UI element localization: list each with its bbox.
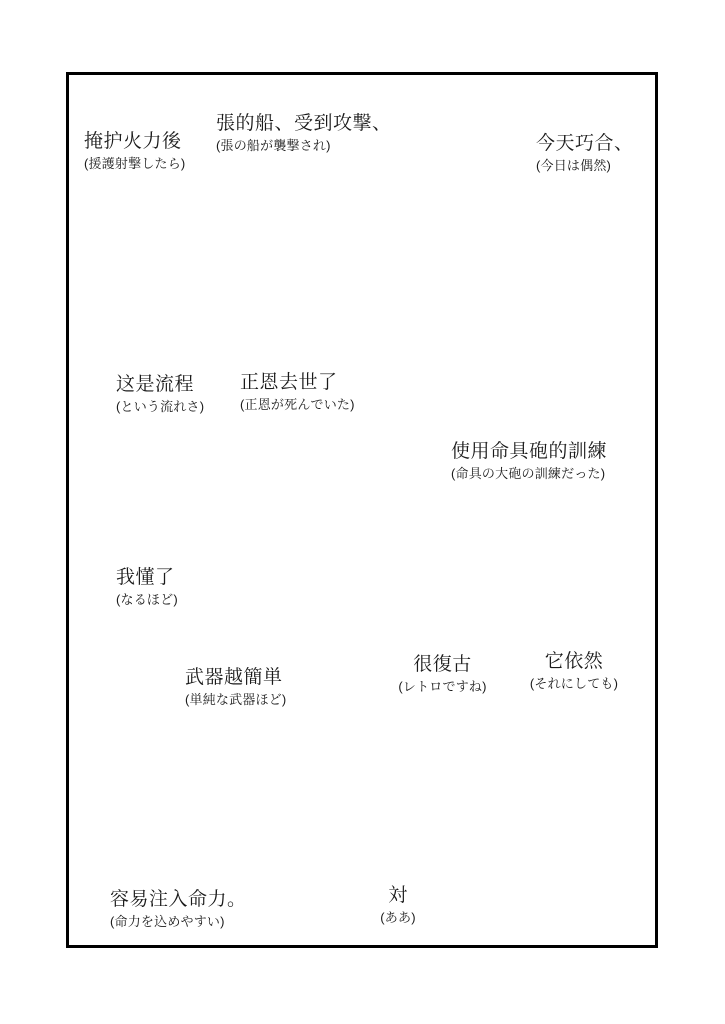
dialogue-main-text: 武器越簡単 <box>185 666 286 689</box>
dialogue-cue: 張的船、受到攻撃、 (張の船が襲撃され) <box>216 112 392 154</box>
dialogue-translation-text: (という流れさ) <box>116 399 204 415</box>
dialogue-main-text: 掩护火力後 <box>84 130 185 153</box>
script-page: 掩护火力後 (援護射撃したら) 張的船、受到攻撃、 (張の船が襲撃され) 今天巧… <box>0 0 725 1024</box>
dialogue-cue: 它依然 (それにしても) <box>527 650 621 692</box>
dialogue-cue: 很復古 (レトロですね) <box>395 653 490 695</box>
dialogue-main-text: 使用命具砲的訓練 <box>451 440 607 463</box>
dialogue-main-text: 我懂了 <box>116 566 178 589</box>
dialogue-main-text: 容易注入命力。 <box>110 888 247 911</box>
dialogue-translation-text: (ああ) <box>380 910 415 926</box>
dialogue-main-text: 很復古 <box>413 653 472 676</box>
dialogue-cue: 掩护火力後 (援護射撃したら) <box>84 130 185 172</box>
dialogue-cue: 容易注入命力。 (命力を込めやすい) <box>110 888 247 930</box>
dialogue-main-text: 対 <box>388 884 408 907</box>
dialogue-cue: 今天巧合、 (今日は偶然) <box>536 132 634 174</box>
dialogue-translation-text: (なるほど) <box>116 592 178 608</box>
dialogue-translation-text: (今日は偶然) <box>536 158 634 174</box>
dialogue-main-text: 它依然 <box>545 650 604 673</box>
panel-border <box>66 72 658 948</box>
dialogue-cue: 武器越簡単 (単純な武器ほど) <box>185 666 286 708</box>
dialogue-cue: 正恩去世了 (正恩が死んでいた) <box>240 371 355 413</box>
dialogue-cue: 我懂了 (なるほど) <box>116 566 178 608</box>
dialogue-translation-text: (命具の大砲の訓練だった) <box>451 466 607 482</box>
dialogue-cue: 这是流程 (という流れさ) <box>116 373 204 415</box>
dialogue-translation-text: (援護射撃したら) <box>84 156 185 172</box>
dialogue-translation-text: (それにしても) <box>530 676 618 692</box>
dialogue-translation-text: (レトロですね) <box>398 679 486 695</box>
dialogue-cue: 使用命具砲的訓練 (命具の大砲の訓練だった) <box>451 440 607 482</box>
dialogue-cue: 対 (ああ) <box>376 884 420 926</box>
dialogue-translation-text: (正恩が死んでいた) <box>240 397 355 413</box>
dialogue-translation-text: (張の船が襲撃され) <box>216 138 392 154</box>
dialogue-main-text: 这是流程 <box>116 373 204 396</box>
dialogue-main-text: 張的船、受到攻撃、 <box>216 112 392 135</box>
dialogue-translation-text: (単純な武器ほど) <box>185 692 286 708</box>
dialogue-main-text: 正恩去世了 <box>240 371 355 394</box>
dialogue-translation-text: (命力を込めやすい) <box>110 914 247 930</box>
dialogue-main-text: 今天巧合、 <box>536 132 634 155</box>
